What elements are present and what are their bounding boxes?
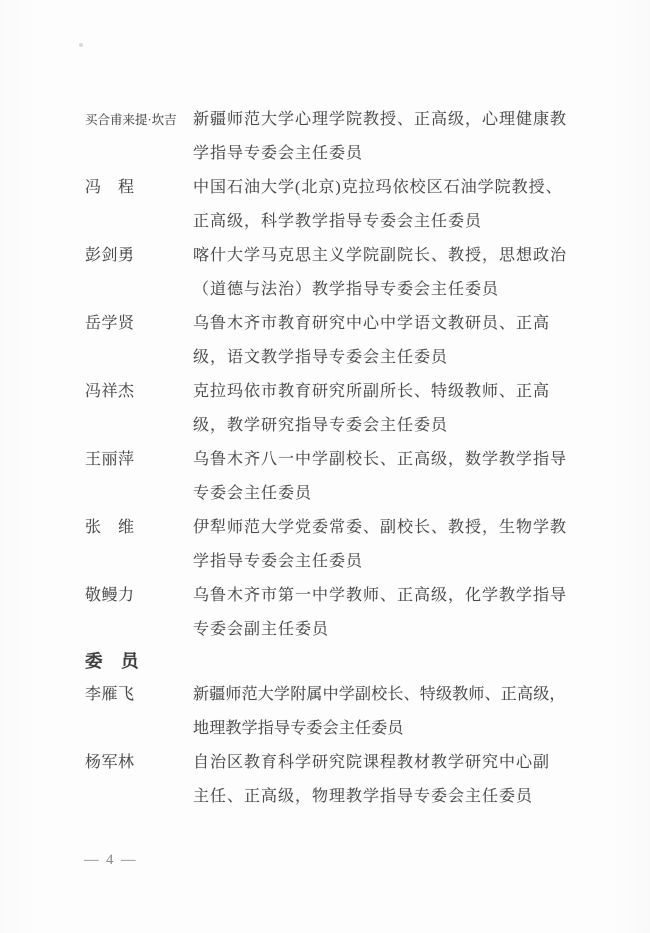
member-description: 自治区教育科学研究院课程教材教学研究中心副 主任、正高级，物理教学指导专委会主任… [193,746,577,814]
member-row: 王丽萍 乌鲁木齐八一中学副校长、正高级，数学教学指导 专委会主任委员 [85,443,577,511]
member-description: 克拉玛依市教育研究所副所长、特级教师、正高 级，教学研究指导专委会主任委员 [193,375,577,443]
member-name: 李雁飞 [85,678,193,712]
member-row: 敬鳗力 乌鲁木齐市第一中学教师、正高级，化学教学指导 专委会副主任委员 [85,579,577,647]
member-description: 喀什大学马克思主义学院副院长、教授，思想政治 （道德与法治）教学指导专委会主任委… [193,239,577,307]
member-name: 岳学贤 [85,307,193,341]
member-description: 新疆师范大学附属中学副校长、特级教师、正高级， 地理教学指导专委会主任委员 [193,678,577,746]
member-name: 王丽萍 [85,443,193,477]
committee-roster: 买合甫来提·坎吉 新疆师范大学心理学院教授、正高级，心理健康教 学指导专委会主任… [85,103,577,814]
member-row: 彭剑勇 喀什大学马克思主义学院副院长、教授，思想政治 （道德与法治）教学指导专委… [85,239,577,307]
member-name: 冯祥杰 [85,375,193,409]
member-description: 乌鲁木齐市教育研究中心中学语文教研员、正高 级，语文教学指导专委会主任委员 [193,307,577,375]
member-name: 敬鳗力 [85,579,193,613]
member-description: 新疆师范大学心理学院教授、正高级，心理健康教 学指导专委会主任委员 [193,103,577,171]
page-number: — 4 — [84,852,138,869]
member-row: 买合甫来提·坎吉 新疆师范大学心理学院教授、正高级，心理健康教 学指导专委会主任… [85,103,577,171]
member-name: 张 维 [85,511,193,545]
scanned-document-page: 买合甫来提·坎吉 新疆师范大学心理学院教授、正高级，心理健康教 学指导专委会主任… [0,0,650,933]
member-description: 乌鲁木齐八一中学副校长、正高级，数学教学指导 专委会主任委员 [193,443,577,511]
member-description: 伊犁师范大学党委常委、副校长、教授，生物学教 学指导专委会主任委员 [193,511,577,579]
member-name: 彭剑勇 [85,239,193,273]
member-row: 张 维 伊犁师范大学党委常委、副校长、教授，生物学教 学指导专委会主任委员 [85,511,577,579]
member-name: 买合甫来提·坎吉 [85,103,193,137]
member-row: 冯 程 中国石油大学(北京)克拉玛依校区石油学院教授、 正高级，科学教学指导专委… [85,171,577,239]
section-header-weiyuan: 委 员 [85,644,577,678]
scan-artifact-dot [79,43,83,47]
member-row: 杨军林 自治区教育科学研究院课程教材教学研究中心副 主任、正高级，物理教学指导专… [85,746,577,814]
member-row: 冯祥杰 克拉玛依市教育研究所副所长、特级教师、正高 级，教学研究指导专委会主任委… [85,375,577,443]
member-description: 乌鲁木齐市第一中学教师、正高级，化学教学指导 专委会副主任委员 [193,579,577,647]
member-description: 中国石油大学(北京)克拉玛依校区石油学院教授、 正高级，科学教学指导专委会主任委… [193,171,577,239]
member-row: 李雁飞 新疆师范大学附属中学副校长、特级教师、正高级， 地理教学指导专委会主任委… [85,678,577,746]
member-name: 杨军林 [85,746,193,780]
member-name: 冯 程 [85,171,193,205]
member-row: 岳学贤 乌鲁木齐市教育研究中心中学语文教研员、正高 级，语文教学指导专委会主任委… [85,307,577,375]
